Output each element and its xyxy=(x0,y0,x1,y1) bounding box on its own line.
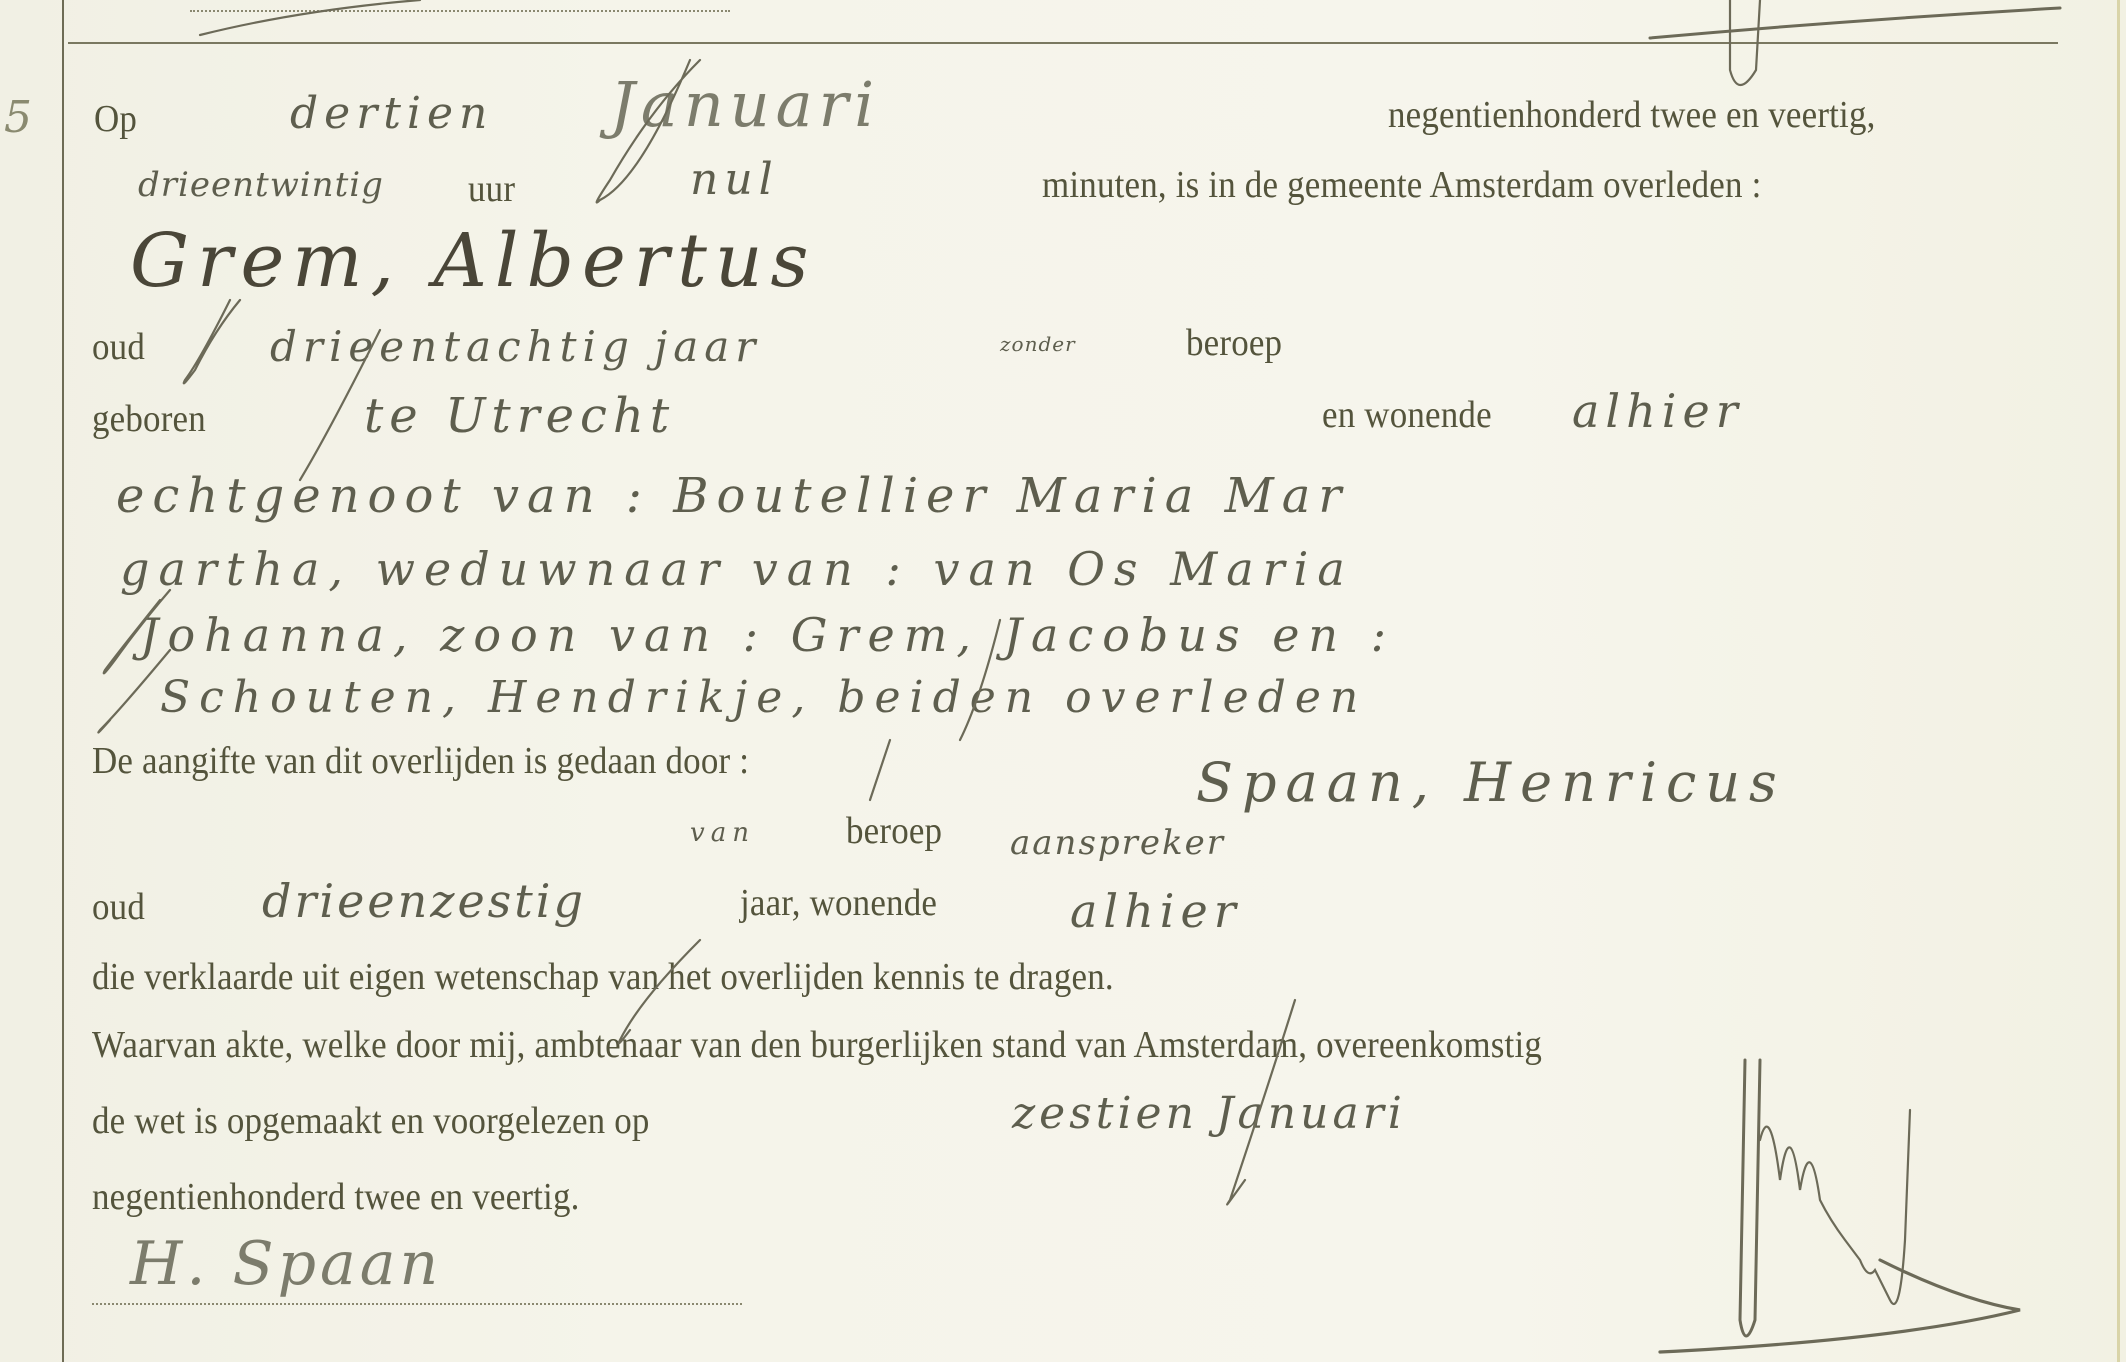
printed-minuten: minuten, is in de gemeente Amsterdam ove… xyxy=(1042,166,1761,204)
printed-beroep: beroep xyxy=(1186,324,1282,362)
hand-age: drieentachtig jaar xyxy=(270,326,761,368)
left-margin-rule xyxy=(62,0,64,1362)
printed-oud-declarant: oud xyxy=(92,888,145,926)
hand-occupation: zonder xyxy=(1000,334,1076,354)
hand-declarant-occupation: aanspreker xyxy=(1010,826,1225,860)
hand-spouse-line2: gartha, weduwnaar van : van Os Maria xyxy=(120,546,1354,592)
printed-verklaarde: die verklaarde uit eigen wetenschap van … xyxy=(92,958,1114,996)
printed-year-line1: negentienhonderd twee en veertig, xyxy=(1388,96,1876,134)
hand-spouse-line: echtgenoot van : Boutellier Maria Mar xyxy=(116,472,1349,520)
hand-parents-line: Johanna, zoon van : Grem, Jacobus en : xyxy=(140,612,1395,658)
printed-de-wet: de wet is opgemaakt en voorgelezen op xyxy=(92,1102,650,1140)
hand-birthplace: te Utrecht xyxy=(364,392,675,440)
signature-dotted-line xyxy=(92,1303,742,1305)
printed-op: Op xyxy=(94,100,137,138)
printed-en-wonende: en wonende xyxy=(1322,396,1492,434)
hand-declarant-residence: alhier xyxy=(1070,888,1242,934)
hand-declarant-name: Spaan, Henricus xyxy=(1196,756,1786,810)
printed-aangifte: De aangifte van dit overlijden is gedaan… xyxy=(92,742,749,780)
hand-month: Januari xyxy=(610,74,880,136)
printed-beroep-declarant: beroep xyxy=(846,812,942,850)
hand-signature-declarant: H. Spaan xyxy=(130,1234,442,1294)
hand-residence: alhier xyxy=(1572,388,1744,434)
page-edge xyxy=(2117,0,2120,1362)
printed-jaar-wonende: jaar, wonende xyxy=(740,884,937,922)
printed-geboren: geboren xyxy=(92,400,206,438)
margin-record-number: 5 xyxy=(4,92,32,143)
printed-uur: uur xyxy=(468,170,515,208)
top-divider-rule xyxy=(68,42,2058,44)
printed-oud: oud xyxy=(92,328,145,366)
hand-hour: drieentwintig xyxy=(138,168,384,202)
printed-waarvan: Waarvan akte, welke door mij, ambtenaar … xyxy=(92,1026,1542,1064)
hand-read-date: zestien Januari xyxy=(1012,1092,1406,1136)
printed-year-line2: negentienhonderd twee en veertig. xyxy=(92,1178,580,1216)
hand-parents-line2: Schouten, Hendrikje, beiden overleden xyxy=(160,676,1367,720)
hand-declarant-van: van xyxy=(690,820,755,846)
hand-day: dertien xyxy=(290,92,493,136)
hand-minutes: nul xyxy=(690,158,779,202)
top-dotted-line xyxy=(190,10,730,12)
hand-deceased-name: Grem, Albertus xyxy=(130,224,817,298)
hand-declarant-age: drieenzestig xyxy=(262,878,586,924)
